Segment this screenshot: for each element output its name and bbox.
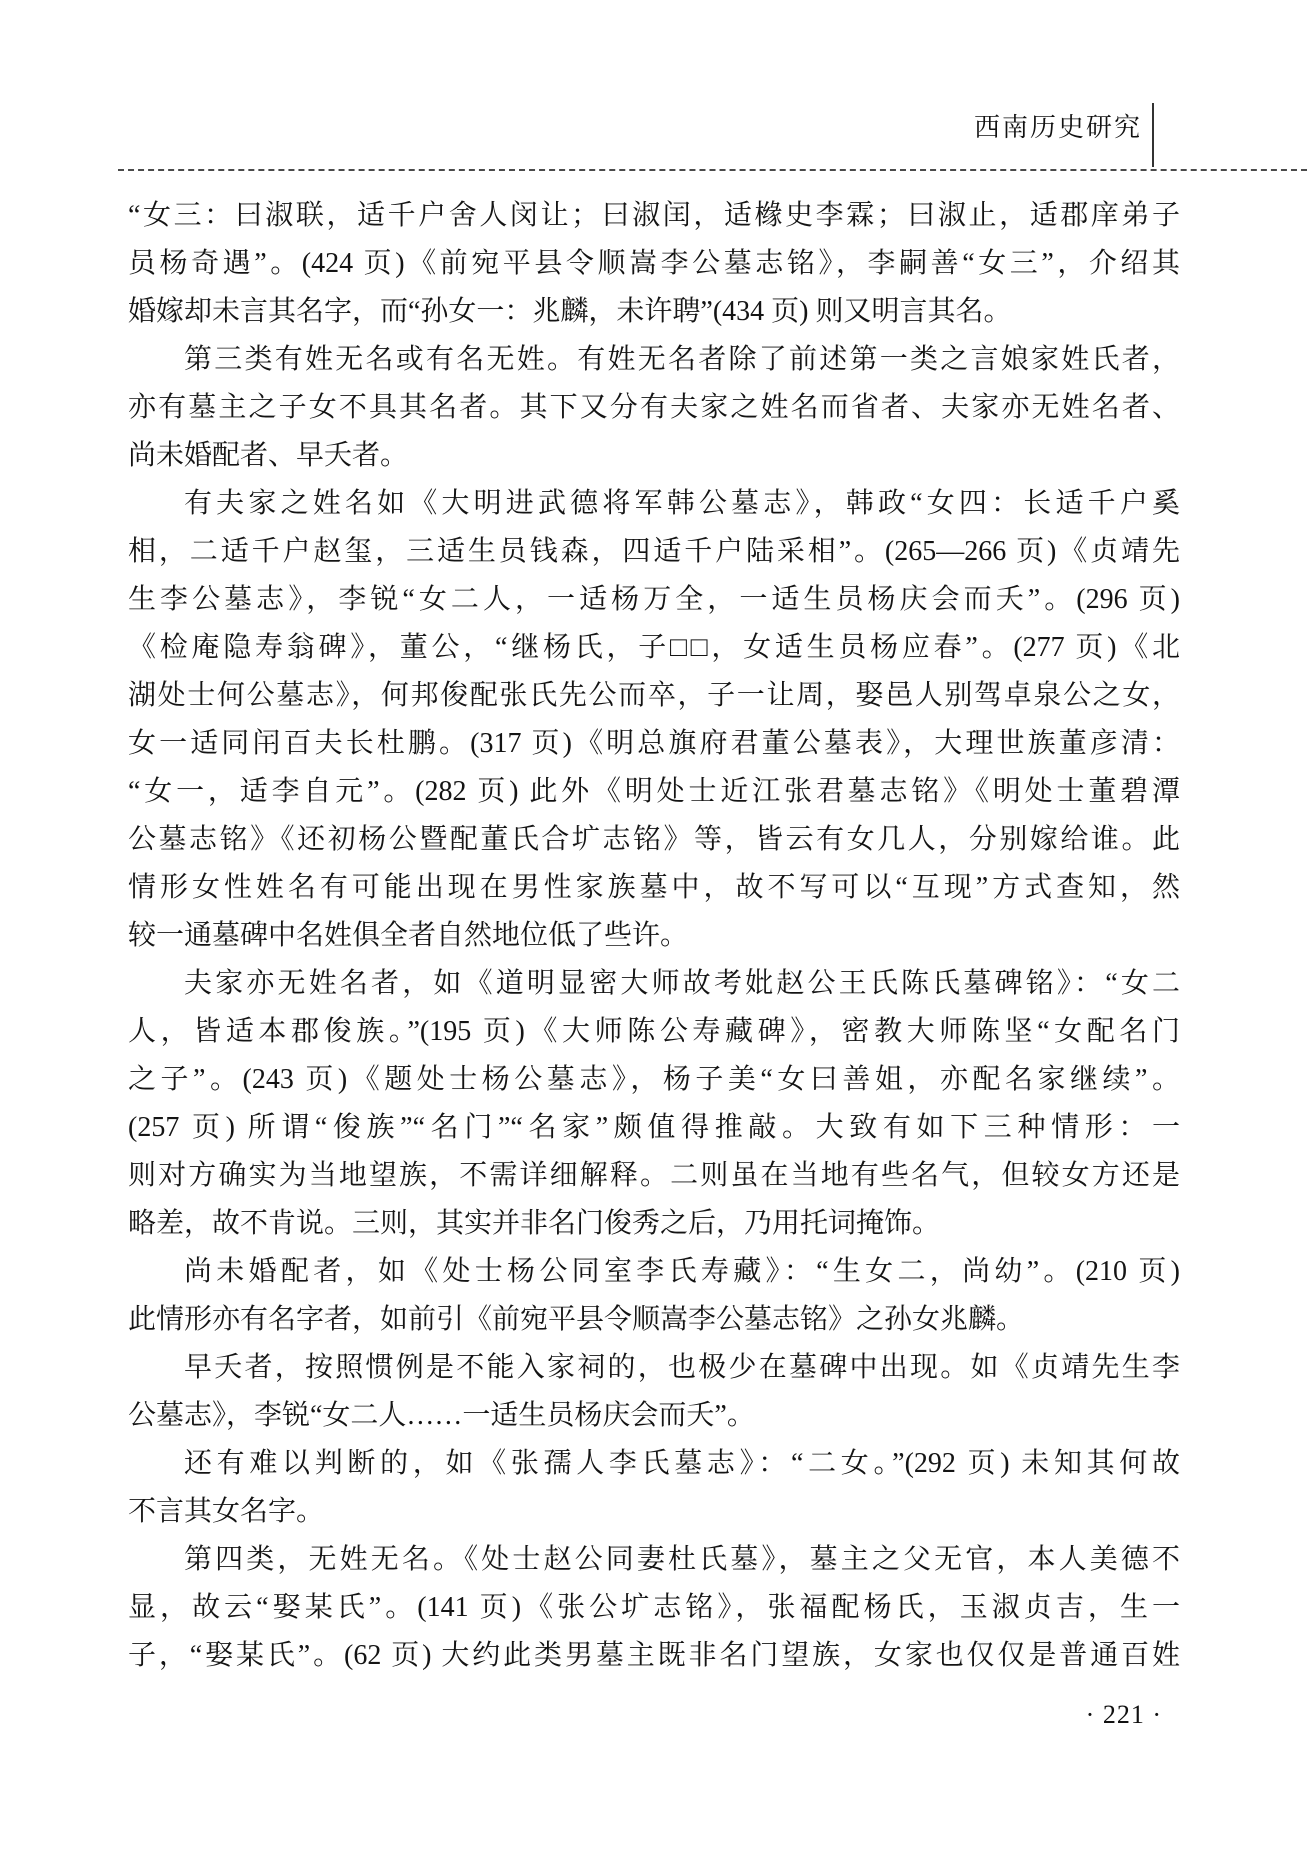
- text-line: 夫家亦无姓名者，如《道明显密大师故考妣赵公王氏陈氏墓碑铭》：“女二: [128, 960, 1180, 1008]
- text-line: 人，皆适本郡俊族。”(195 页)《大师陈公寿藏碑》，密教大师陈坚“女配名门: [128, 1008, 1180, 1056]
- text-line: 相，二适千户赵玺，三适生员钱森，四适千户陆采相”。(265—266 页)《贞靖先: [128, 528, 1180, 576]
- text-line: 女一适同闬百夫长杜鹏。(317 页)《明总旗府君董公墓表》，大理世族董彦清：: [128, 720, 1180, 768]
- header-vertical-rule: [1152, 103, 1154, 167]
- text-line: 之子”。(243 页)《题处士杨公墓志》，杨子美“女曰善姐，亦配名家继续”。: [128, 1056, 1180, 1104]
- text-line: 公墓志》，李锐“女二人……一适生员杨庆会而夭”。: [128, 1392, 1180, 1440]
- text-line: 第四类，无姓无名。《处士赵公同妻杜氏墓》，墓主之父无官，本人美德不: [128, 1536, 1180, 1584]
- text-line: 不言其女名字。: [128, 1488, 1180, 1536]
- text-line: 湖处士何公墓志》，何邦俊配张氏先公而卒，子一让周，娶邑人别驾卓泉公之女，: [128, 672, 1180, 720]
- text-line: 则对方确实为当地望族，不需详细解释。二则虽在当地有些名气，但较女方还是: [128, 1152, 1180, 1200]
- text-line: 尚未婚配者、早夭者。: [128, 432, 1180, 480]
- text-line: 情形女性姓名有可能出现在男性家族墓中，故不写可以“互现”方式查知，然: [128, 864, 1180, 912]
- text-line: 公墓志铭》《还初杨公暨配董氏合圹志铭》等，皆云有女几人，分别嫁给谁。此: [128, 816, 1180, 864]
- text-line: 亦有墓主之子女不具其名者。其下又分有夫家之姓名而省者、夫家亦无姓名者、: [128, 384, 1180, 432]
- text-line: 员杨奇遇”。(424 页)《前宛平县令顺嵩李公墓志铭》，李嗣善“女三”，介绍其: [128, 240, 1180, 288]
- text-line: (257 页) 所谓“俊族”“名门”“名家”颇值得推敲。大致有如下三种情形：一: [128, 1104, 1180, 1152]
- document-page: 西南历史研究 “女三：曰淑联，适千户舍人闵让；曰淑闰，适橼史李霖；曰淑止，适郡庠…: [0, 0, 1307, 1859]
- text-line: 显，故云“娶某氏”。(141 页)《张公圹志铭》，张福配杨氏，玉淑贞吉，生一: [128, 1584, 1180, 1632]
- text-line: 子，“娶某氏”。(62 页) 大约此类男墓主既非名门望族，女家也仅仅是普通百姓: [128, 1632, 1180, 1680]
- body-text: “女三：曰淑联，适千户舍人闵让；曰淑闰，适橼史李霖；曰淑止，适郡庠弟子员杨奇遇”…: [128, 192, 1180, 1680]
- text-line: 有夫家之姓名如《大明进武德将军韩公墓志》，韩政“女四：长适千户奚: [128, 480, 1180, 528]
- text-line: 较一通墓碑中名姓俱全者自然地位低了些许。: [128, 912, 1180, 960]
- header-dashed-divider: [118, 169, 1307, 171]
- text-line: 早夭者，按照惯例是不能入家祠的，也极少在墓碑中出现。如《贞靖先生李: [128, 1344, 1180, 1392]
- text-line: 第三类有姓无名或有名无姓。有姓无名者除了前述第一类之言娘家姓氏者，: [128, 336, 1180, 384]
- text-line: 略差，故不肯说。三则，其实并非名门俊秀之后，乃用托词掩饰。: [128, 1200, 1180, 1248]
- text-line: “女三：曰淑联，适千户舍人闵让；曰淑闰，适橼史李霖；曰淑止，适郡庠弟子: [128, 192, 1180, 240]
- text-line: 婚嫁却未言其名字，而“孙女一：兆麟，未许聘”(434 页) 则又明言其名。: [128, 288, 1180, 336]
- text-line: 此情形亦有名字者，如前引《前宛平县令顺嵩李公墓志铭》之孙女兆麟。: [128, 1296, 1180, 1344]
- running-header-title: 西南历史研究: [0, 108, 1142, 148]
- text-line: 《检庵隐寿翁碑》，董公，“继杨氏，子□□，女适生员杨应春”。(277 页)《北: [128, 624, 1180, 672]
- page-number: · 221 ·: [1086, 1700, 1162, 1730]
- text-line: “女一，适李自元”。(282 页) 此外《明处士近江张君墓志铭》《明处士董碧潭: [128, 768, 1180, 816]
- text-line: 尚未婚配者，如《处士杨公同室李氏寿藏》：“生女二，尚幼”。(210 页): [128, 1248, 1180, 1296]
- text-line: 生李公墓志》，李锐“女二人，一适杨万全，一适生员杨庆会而夭”。(296 页): [128, 576, 1180, 624]
- text-line: 还有难以判断的，如《张孺人李氏墓志》：“二女。”(292 页) 未知其何故: [128, 1440, 1180, 1488]
